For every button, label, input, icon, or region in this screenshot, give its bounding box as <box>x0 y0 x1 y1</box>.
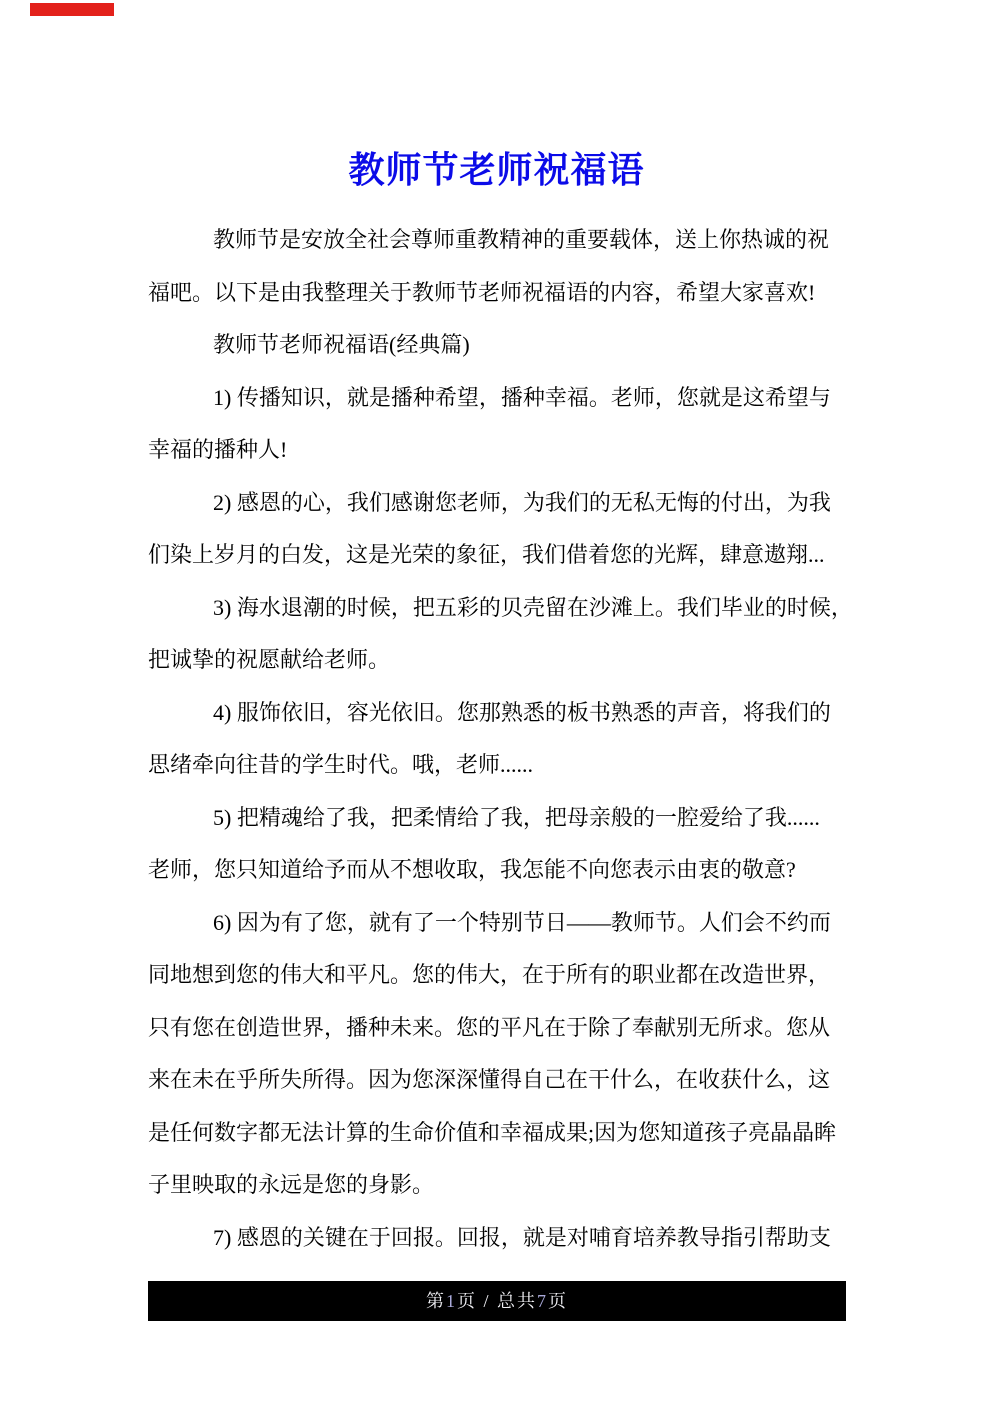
text-line: 老师，您只知道给予而从不想收取，我怎能不向您表示由衷的敬意? <box>148 844 858 897</box>
text-line: 子里映取的永远是您的身影。 <box>148 1159 858 1212</box>
text-line: 7) 感恩的关键在于回报。回报，就是对哺育培养教导指引帮助支 <box>148 1212 858 1265</box>
text-line: 教师节是安放全社会尊师重教精神的重要载体，送上你热诚的祝 <box>148 214 858 267</box>
text-line: 4) 服饰依旧，容光依旧。您那熟悉的板书熟悉的声音，将我们的 <box>148 687 858 740</box>
text-line: 只有您在创造世界，播种未来。您的平凡在于除了奉献别无所求。您从 <box>148 1002 858 1055</box>
red-marker-bar <box>30 3 114 16</box>
text-line: 教师节老师祝福语(经典篇) <box>148 319 858 372</box>
text-line: 3) 海水退潮的时候，把五彩的贝壳留在沙滩上。我们毕业的时候， <box>148 582 858 635</box>
text-line: 思绪牵向往昔的学生时代。哦，老师...... <box>148 739 858 792</box>
text-line: 2) 感恩的心，我们感谢您老师，为我们的无私无悔的付出，为我 <box>148 477 858 530</box>
current-page-number: 1 <box>446 1291 457 1311</box>
text-line: 5) 把精魂给了我，把柔情给了我，把母亲般的一腔爱给了我...... <box>148 792 858 845</box>
page-footer-bar: 第1页 / 总共7页 <box>148 1281 846 1321</box>
footer-label-suffix: 页 <box>548 1291 568 1311</box>
text-line: 幸福的播种人! <box>148 424 858 477</box>
text-line: 是任何数字都无法计算的生命价值和幸福成果;因为您知道孩子亮晶晶眸 <box>148 1107 858 1160</box>
text-line: 们染上岁月的白发，这是光荣的象征，我们借着您的光辉，肆意遨翔... <box>148 529 858 582</box>
footer-label-middle: 页 / 总共 <box>457 1291 537 1311</box>
document-body: 教师节是安放全社会尊师重教精神的重要载体，送上你热诚的祝 福吧。以下是由我整理关… <box>148 214 858 1264</box>
total-page-number: 7 <box>537 1291 548 1311</box>
text-line: 同地想到您的伟大和平凡。您的伟大，在于所有的职业都在改造世界， <box>148 949 858 1002</box>
document-page: 教师节老师祝福语 教师节是安放全社会尊师重教精神的重要载体，送上你热诚的祝 福吧… <box>0 0 993 1404</box>
footer-label-prefix: 第 <box>426 1291 446 1311</box>
text-line: 1) 传播知识，就是播种希望，播种幸福。老师，您就是这希望与 <box>148 372 858 425</box>
page-title: 教师节老师祝福语 <box>0 148 993 192</box>
text-line: 来在未在乎所失所得。因为您深深懂得自己在干什么，在收获什么，这 <box>148 1054 858 1107</box>
text-line: 福吧。以下是由我整理关于教师节老师祝福语的内容，希望大家喜欢! <box>148 267 858 320</box>
text-line: 6) 因为有了您，就有了一个特别节日——教师节。人们会不约而 <box>148 897 858 950</box>
text-line: 把诚挚的祝愿献给老师。 <box>148 634 858 687</box>
